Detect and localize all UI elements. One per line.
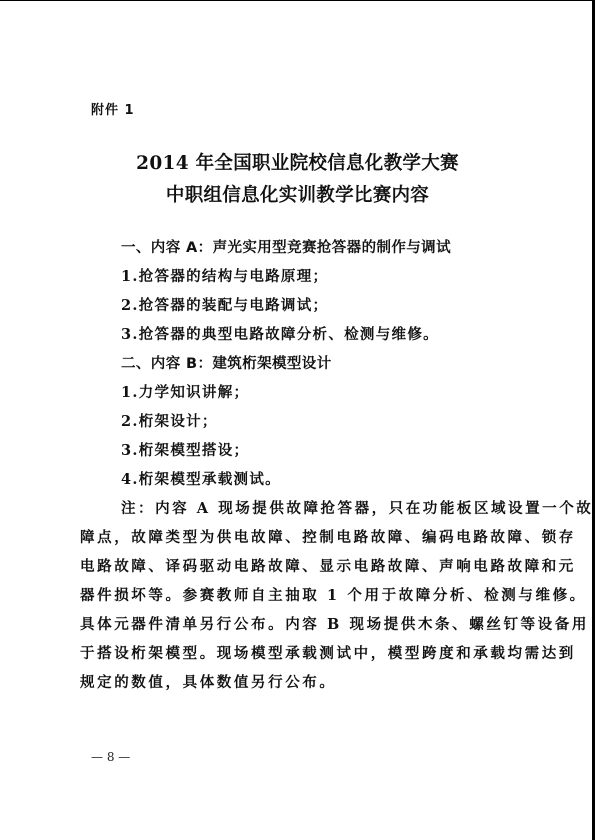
document-title-line-1: 2014 年全国职业院校信息化教学大赛 bbox=[0, 149, 595, 175]
section-b-item-2: 2.桁架设计； bbox=[121, 410, 218, 431]
section-a-item-3: 3.抢答器的典型电路故障分析、检测与维修。 bbox=[121, 323, 439, 344]
note-line-3: 电路故障、译码驱动电路故障、显示电路故障、声响电路故障和元 bbox=[80, 555, 530, 576]
note-line-6: 于搭设桁架模型。现场模型承载测试中，模型跨度和承载均需达到 bbox=[80, 642, 530, 663]
section-b-item-1: 1.力学知识讲解； bbox=[121, 381, 249, 402]
section-b-item-4: 4.桁架模型承载测试。 bbox=[121, 468, 281, 489]
scan-border-top bbox=[0, 0, 595, 1]
note-line-5: 具体元器件清单另行公布。内容 B 现场提供木条、螺丝钉等设备用 bbox=[80, 613, 530, 634]
section-b-heading: 二、内容 B：建筑桁架模型设计 bbox=[121, 352, 332, 373]
note-line-2: 障点，故障类型为供电故障、控制电路故障、编码电路故障、锁存 bbox=[80, 526, 530, 547]
section-a-item-1: 1.抢答器的结构与电路原理； bbox=[121, 265, 328, 286]
note-line-4: 器件损坏等。参赛教师自主抽取 1 个用于故障分析、检测与维修。 bbox=[80, 584, 530, 605]
section-a-heading: 一、内容 A：声光实用型竞赛抢答器的制作与调试 bbox=[121, 236, 451, 257]
section-a-item-2: 2.抢答器的装配与电路调试； bbox=[121, 294, 328, 315]
document-page: 附件 1 2014 年全国职业院校信息化教学大赛 中职组信息化实训教学比赛内容 … bbox=[0, 0, 595, 840]
document-title-line-2: 中职组信息化实训教学比赛内容 bbox=[0, 181, 595, 207]
section-b-item-3: 3.桁架模型搭设； bbox=[121, 439, 249, 460]
note-line-7: 规定的数值，具体数值另行公布。 bbox=[80, 671, 530, 692]
attachment-label: 附件 1 bbox=[91, 99, 135, 118]
note-line-1: 注：内容 A 现场提供故障抢答器，只在功能板区域设置一个故 bbox=[121, 497, 571, 518]
page-number: — 8 — bbox=[91, 750, 130, 764]
